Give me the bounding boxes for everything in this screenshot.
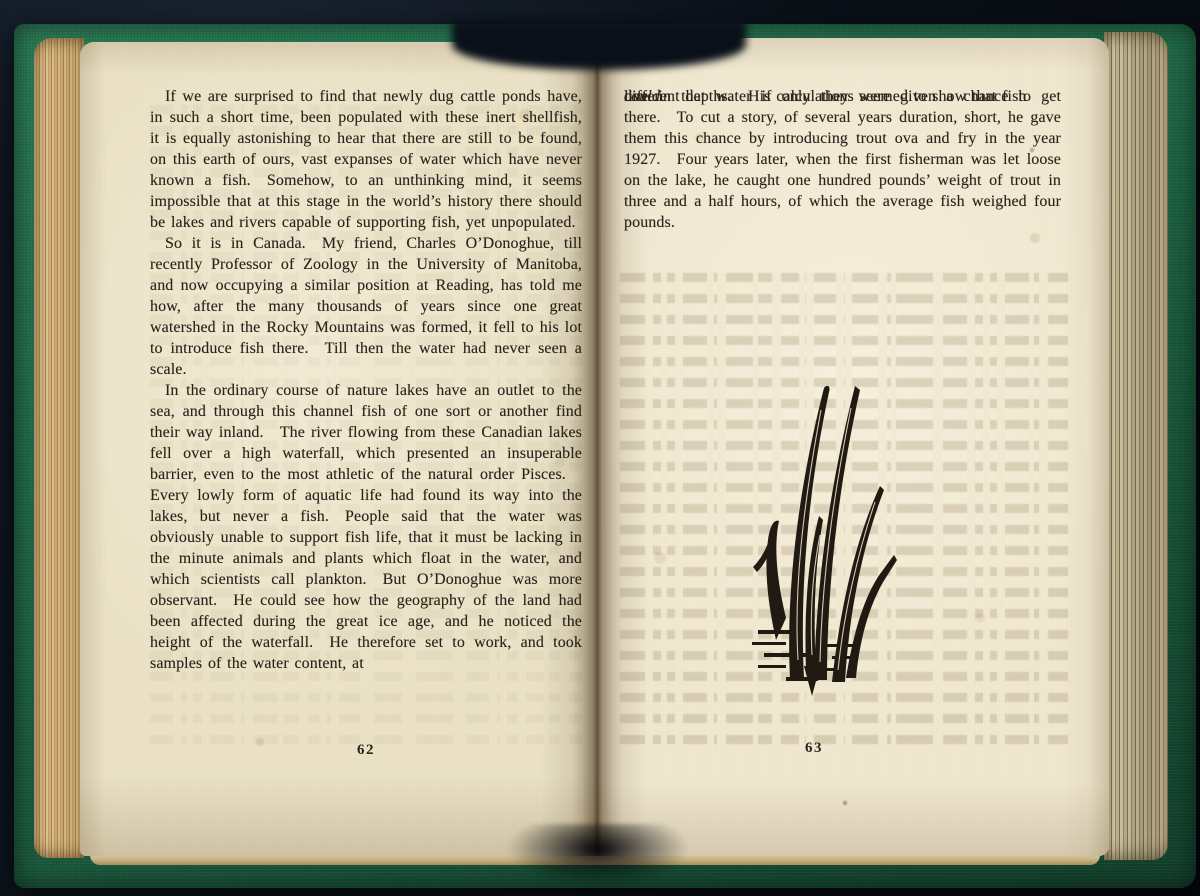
paragraph: In the ordinary course of nature lakes h… — [150, 380, 582, 674]
page-62: If we are surprised to find that newly d… — [80, 42, 597, 856]
page-62-text: If we are surprised to find that newly d… — [150, 86, 582, 674]
paragraph: So it is in Canada. My friend, Charles O… — [150, 233, 582, 380]
paragraph: If we are surprised to find that newly d… — [150, 86, 582, 233]
page-number-left: 62 — [150, 742, 582, 759]
book-photo: If we are surprised to find that newly d… — [0, 0, 1200, 896]
reeds-illustration — [728, 360, 908, 696]
page-number-right: 63 — [624, 740, 1004, 757]
page-63: different depths. His calculations seeme… — [597, 38, 1109, 856]
page-edges-left — [34, 38, 84, 858]
page-edges-right — [1104, 32, 1168, 860]
paragraph-text: live in that water if only they were giv… — [624, 86, 1061, 233]
